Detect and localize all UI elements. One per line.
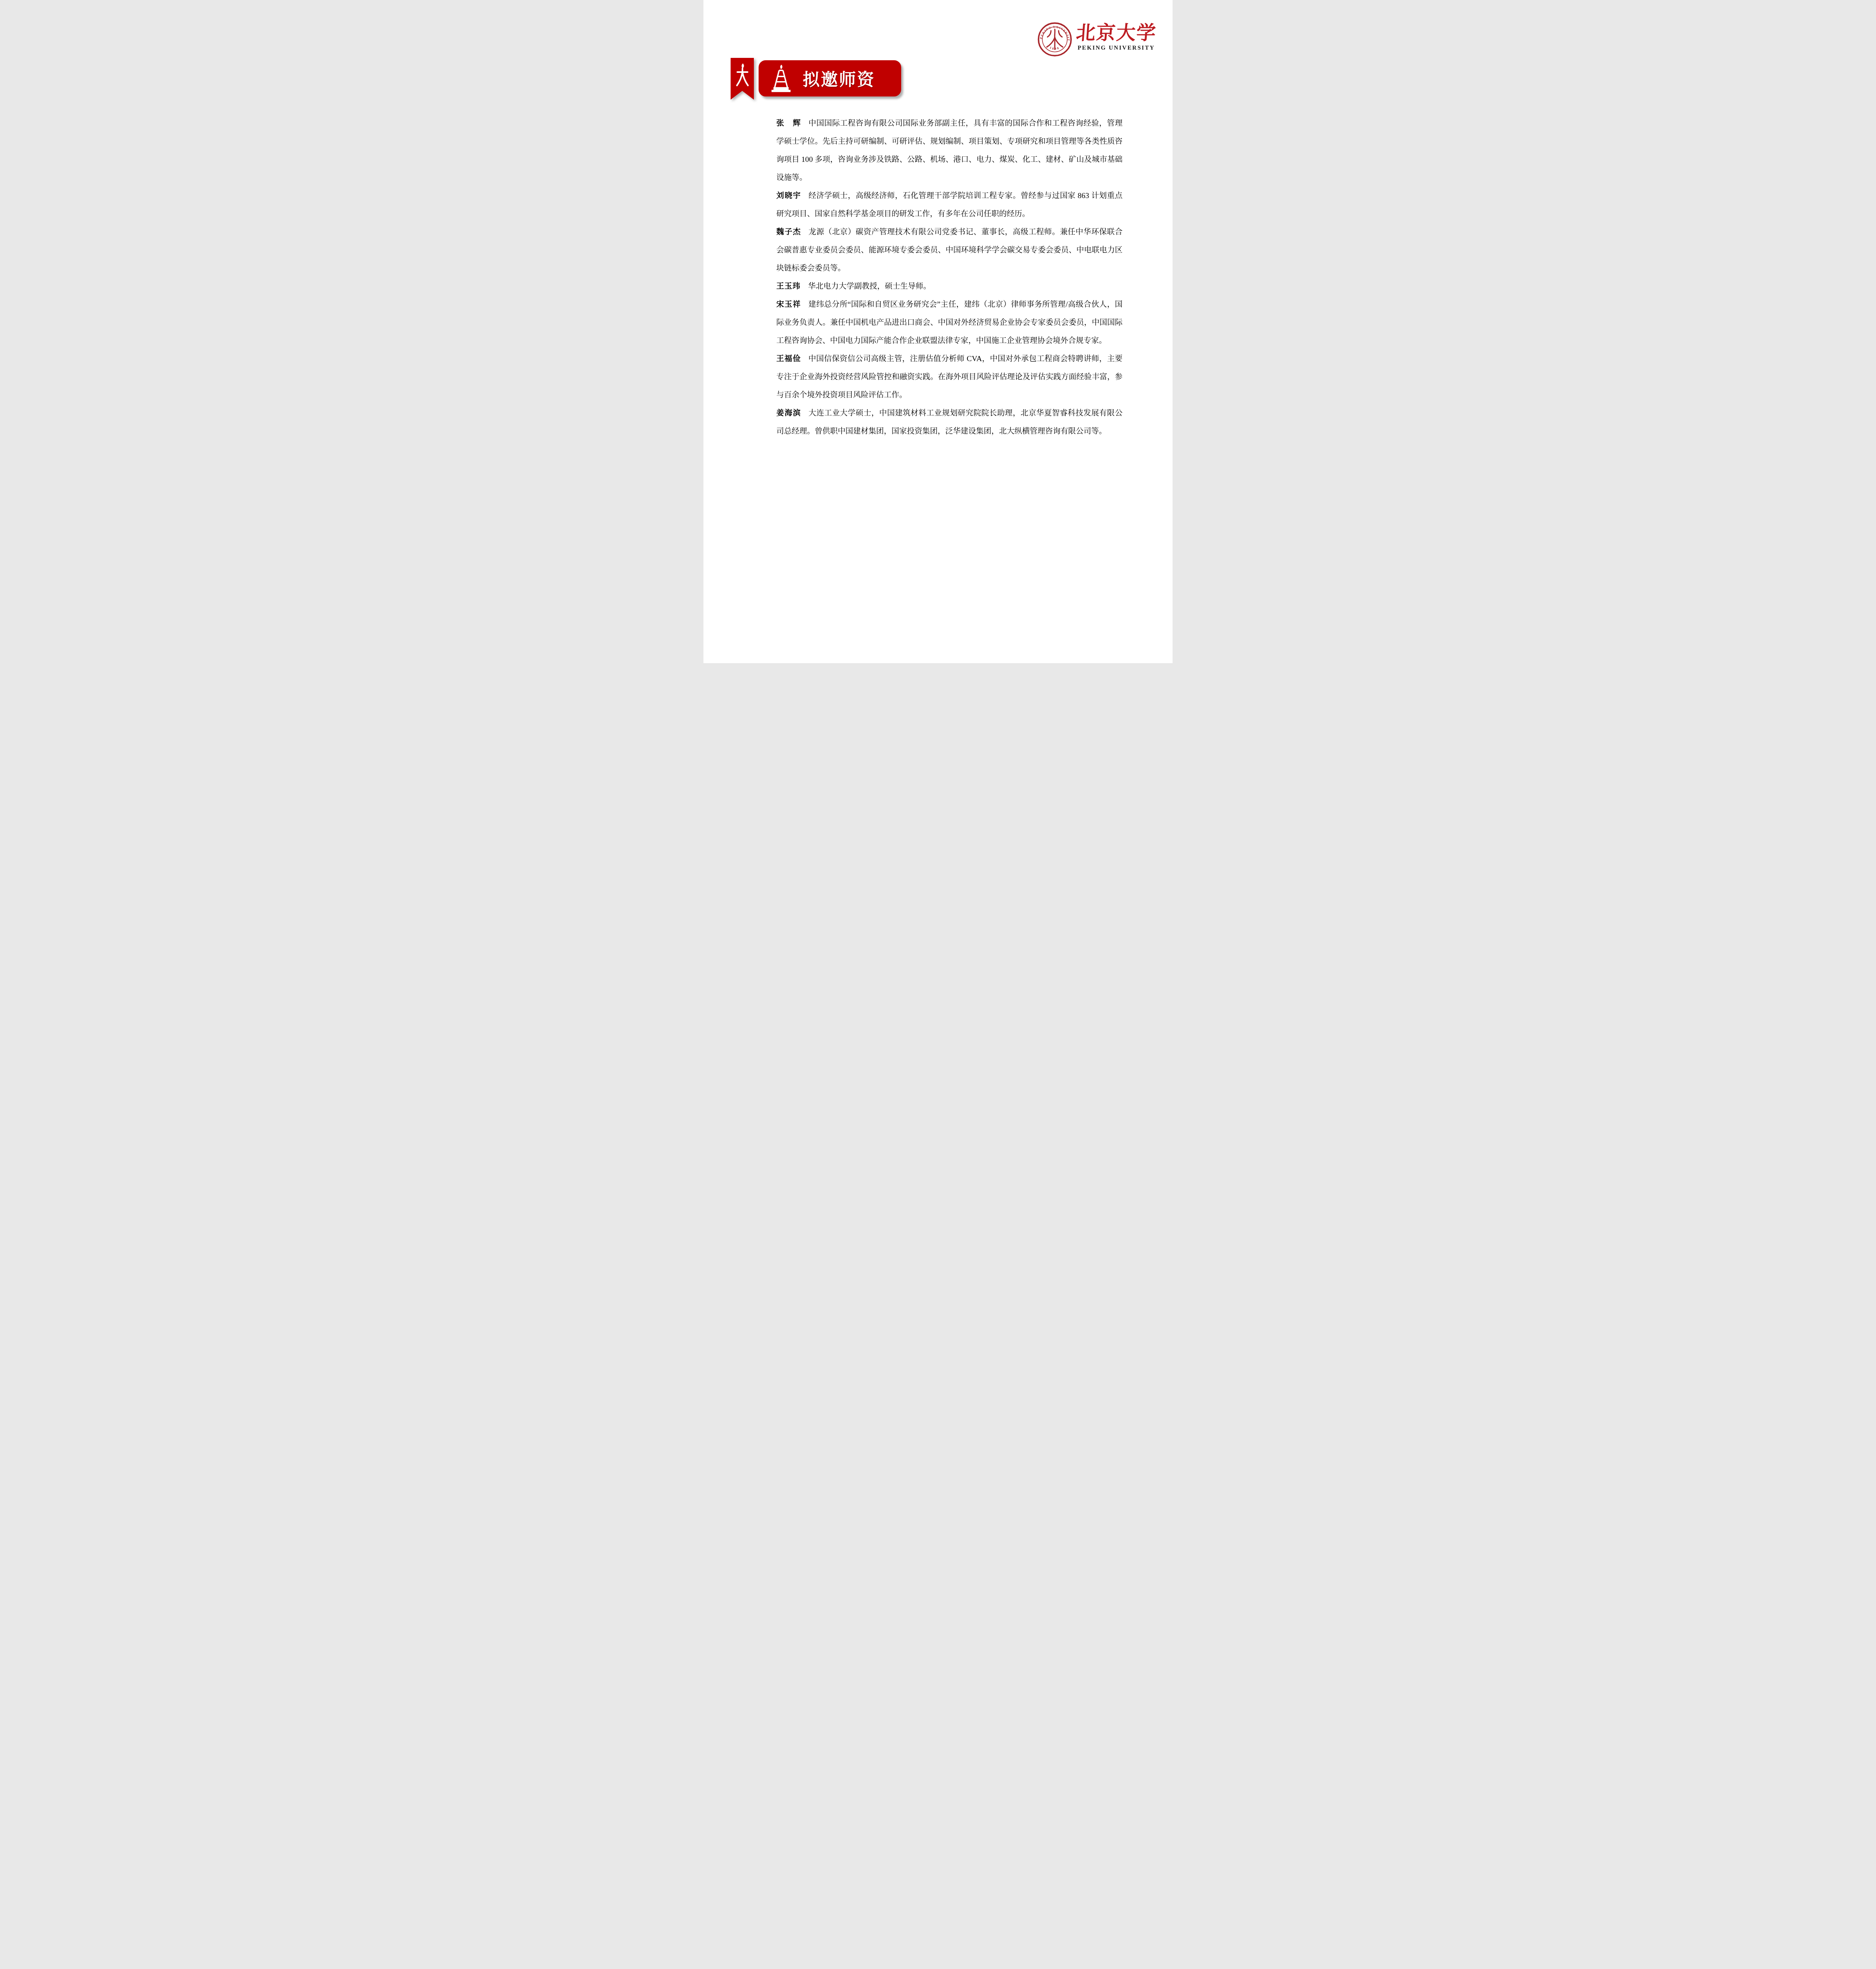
- ribbon-bookmark: [731, 58, 754, 100]
- faculty-bio: 龙源（北京）碳资产管理技术有限公司党委书记、董事长，高级工程师。兼任中华环保联合…: [776, 228, 1123, 273]
- pku-logo: PEKING UNIVERSITY 1898 北京大学 PEKING UNIVE…: [1037, 22, 1156, 57]
- faculty-entry: 宋玉祥建纬总分所“国际和自贸区业务研究会”主任，建纬（北京）律师事务所管理/高级…: [776, 296, 1123, 350]
- faculty-name: 宋玉祥: [776, 300, 801, 309]
- faculty-name: 张 辉: [776, 119, 801, 128]
- section-title: 拟邀师资: [803, 67, 875, 91]
- faculty-name: 刘晓宇: [776, 192, 801, 200]
- pku-logo-names: 北京大学 PEKING UNIVERSITY: [1076, 23, 1156, 52]
- faculty-entry: 王玉玮华北电力大学副教授，硕士生导师。: [776, 278, 1123, 296]
- faculty-entry: 魏子杰龙源（北京）碳资产管理技术有限公司党委书记、董事长，高级工程师。兼任中华环…: [776, 223, 1123, 278]
- pku-seal-icon: PEKING UNIVERSITY 1898: [1037, 22, 1072, 57]
- faculty-name: 王福俭: [776, 355, 801, 363]
- faculty-name: 魏子杰: [776, 228, 801, 236]
- pku-name-en: PEKING UNIVERSITY: [1078, 44, 1155, 52]
- faculty-entry: 姜海滨大连工业大学硕士，中国建筑材料工业规划研究院院长助理，北京华夏智睿科技发展…: [776, 404, 1123, 441]
- faculty-bio: 经济学硕士，高级经济师，石化管理干部学院培训工程专家。曾经参与过国家 863 计…: [776, 192, 1123, 218]
- faculty-entry: 王福俭中国信保资信公司高级主管，注册估值分析师 CVA，中国对外承包工程商会特聘…: [776, 350, 1123, 404]
- section-banner: 拟邀师资: [759, 60, 901, 96]
- faculty-name: 王玉玮: [776, 282, 801, 291]
- faculty-name: 姜海滨: [776, 409, 801, 417]
- faculty-bio: 中国国际工程咨询有限公司国际业务部副主任，具有丰富的国际合作和工程咨询经验，管理…: [776, 119, 1123, 182]
- faculty-bio: 建纬总分所“国际和自贸区业务研究会”主任，建纬（北京）律师事务所管理/高级合伙人…: [776, 300, 1123, 345]
- faculty-bio: 华北电力大学副教授，硕士生导师。: [808, 282, 931, 291]
- faculty-entry: 张 辉中国国际工程咨询有限公司国际业务部副主任，具有丰富的国际合作和工程咨询经验…: [776, 115, 1123, 187]
- faculty-entry: 刘晓宇经济学硕士，高级经济师，石化管理干部学院培训工程专家。曾经参与过国家 86…: [776, 187, 1123, 223]
- document-page: PEKING UNIVERSITY 1898 北京大学 PEKING UNIVE…: [703, 0, 1173, 663]
- faculty-list: 张 辉中国国际工程咨询有限公司国际业务部副主任，具有丰富的国际合作和工程咨询经验…: [776, 115, 1123, 441]
- torch-icon: [735, 63, 750, 87]
- pku-name-cn: 北京大学: [1075, 23, 1157, 43]
- faculty-bio: 中国信保资信公司高级主管，注册估值分析师 CVA，中国对外承包工程商会特聘讲师，…: [776, 355, 1123, 399]
- faculty-bio: 大连工业大学硕士，中国建筑材料工业规划研究院院长助理，北京华夏智睿科技发展有限公…: [776, 409, 1123, 436]
- derrick-icon: [770, 64, 792, 93]
